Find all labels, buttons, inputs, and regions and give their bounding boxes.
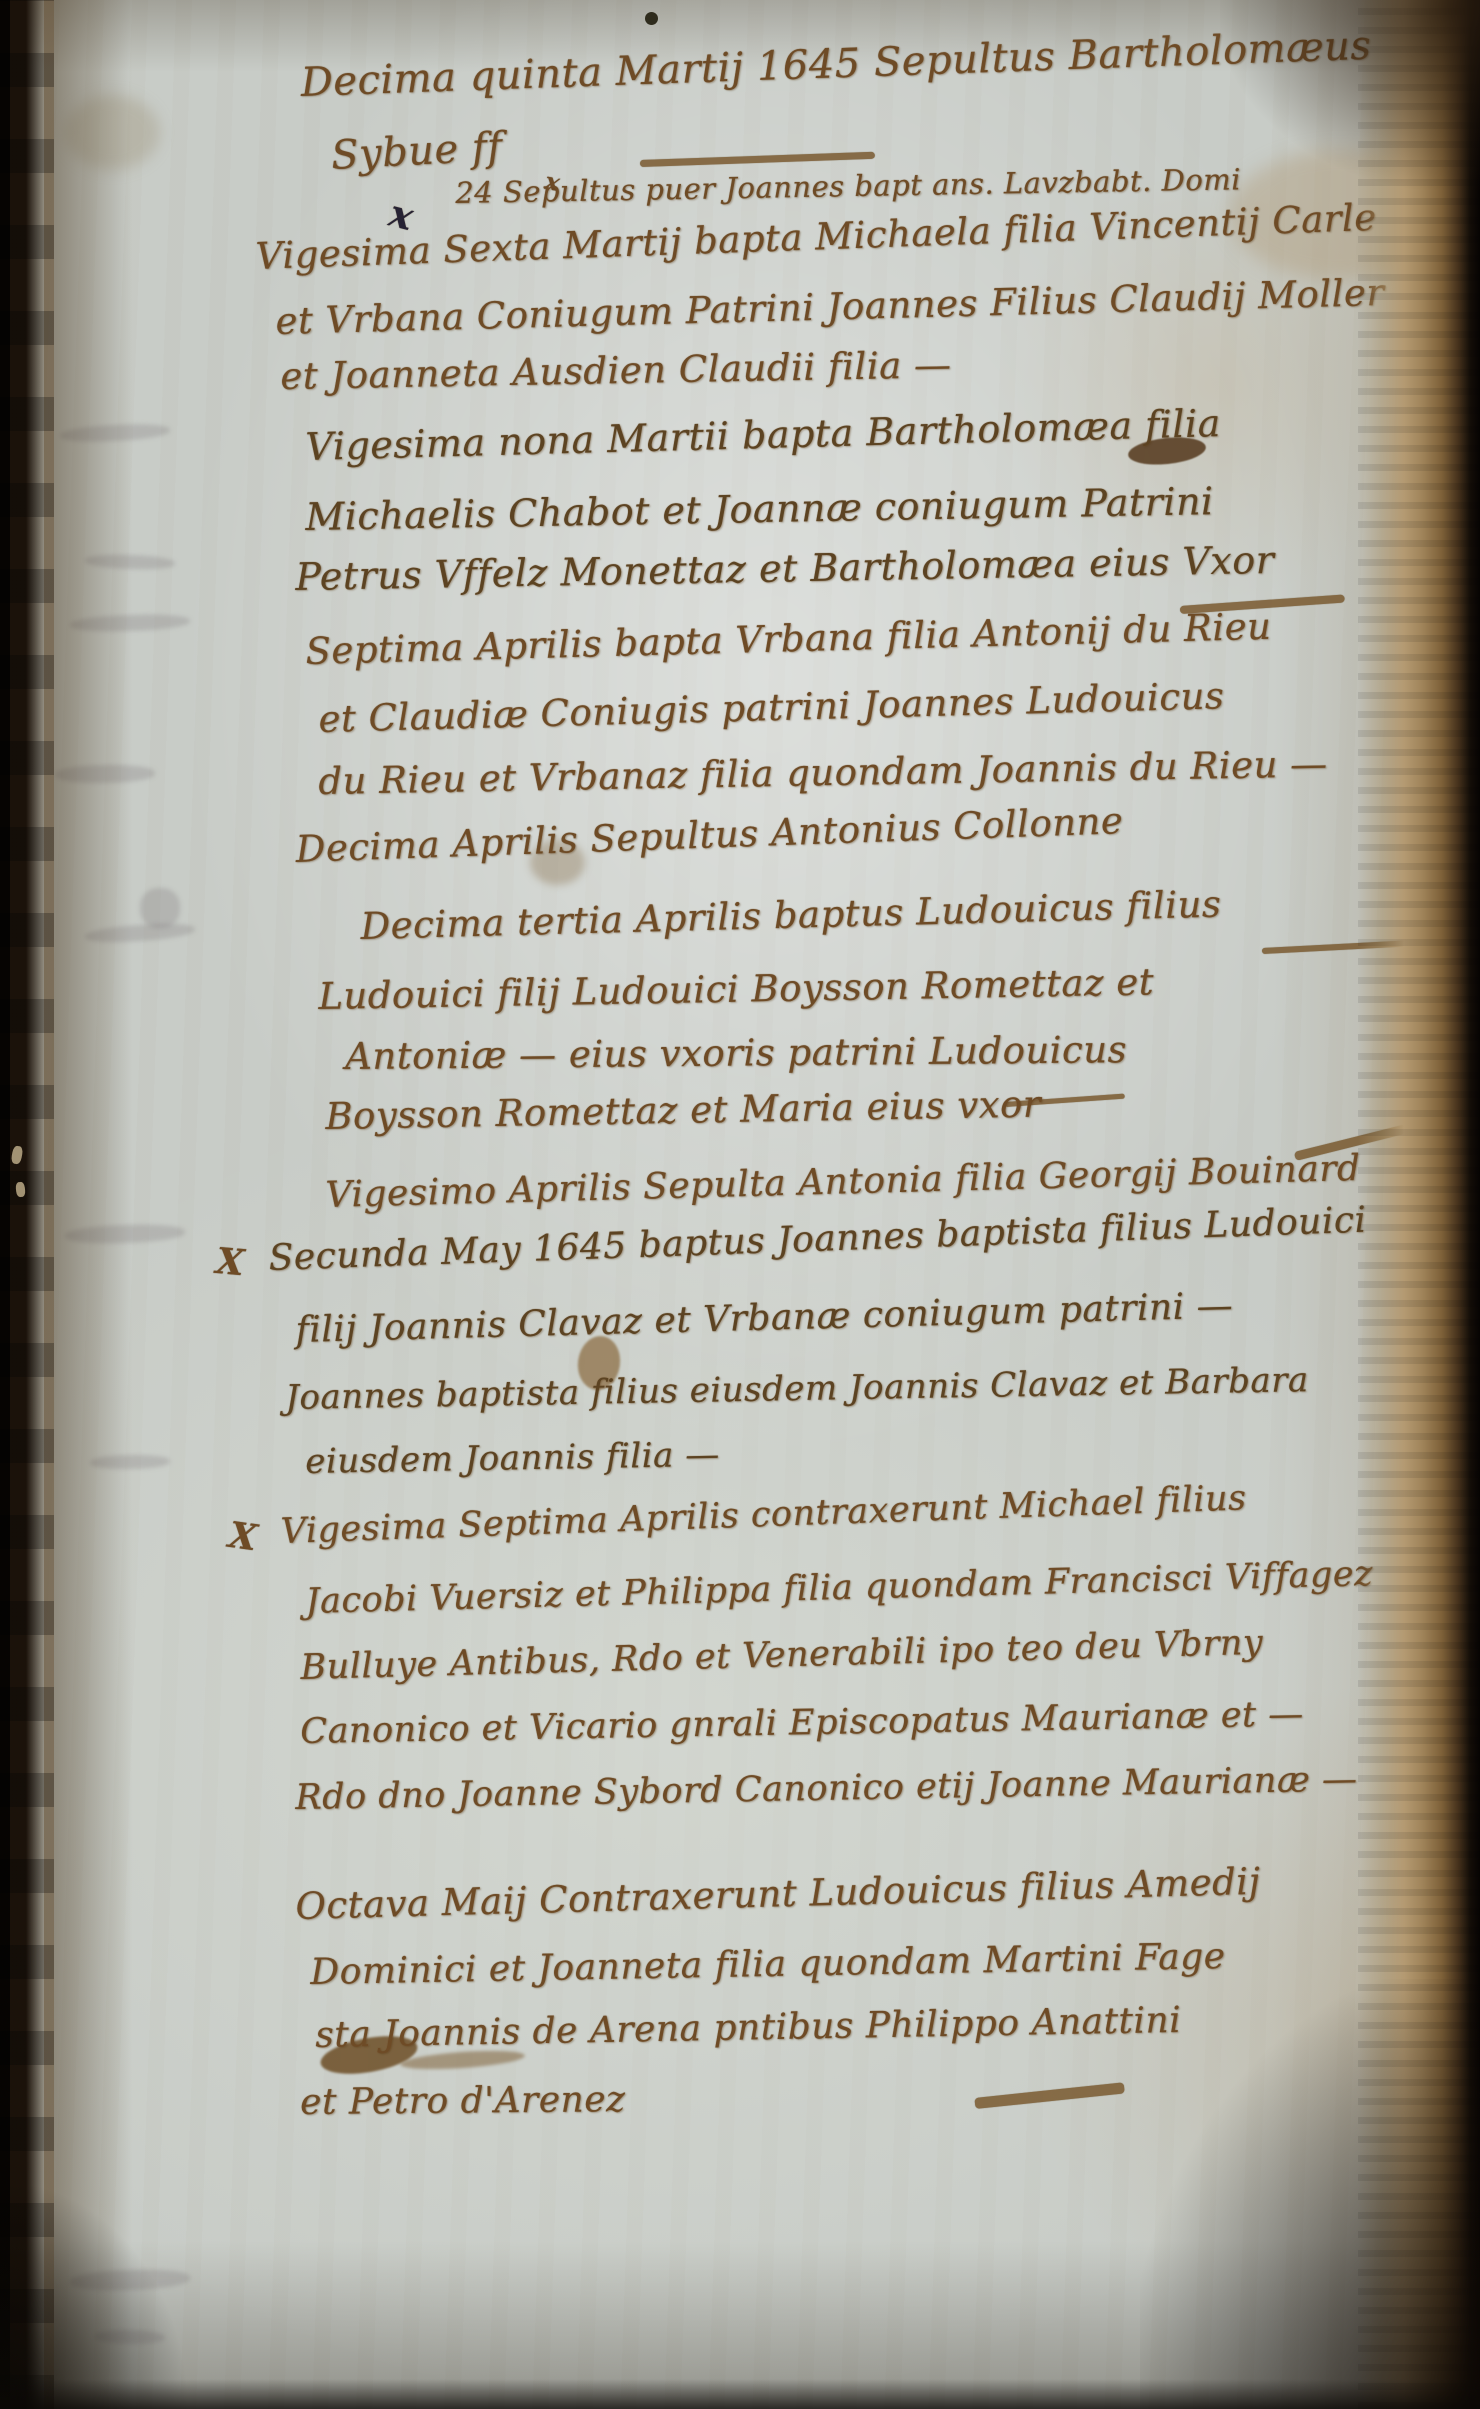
margin-x-mark: X — [226, 1514, 260, 1559]
margin-x-mark: X — [214, 1240, 245, 1284]
page-edges — [1358, 0, 1480, 2409]
gutter-shadow — [54, 0, 132, 2409]
binding-stitch — [15, 1182, 26, 1198]
manuscript-line: Antoniæ — eius vxoris patrini Ludouicus — [345, 1028, 1127, 1078]
show-through-mark — [140, 888, 180, 928]
manuscript-line: et Petro d'Arenez — [300, 2079, 626, 2123]
book-binding — [0, 0, 54, 2409]
manuscript-line: Sybue ff — [330, 124, 504, 179]
manuscript-photo: x x X X Decima quinta Martij 1645 Sepult… — [0, 0, 1480, 2409]
manuscript-line: eiusdem Joannis filia — — [305, 1435, 720, 1482]
bottom-edge-shadow — [0, 2379, 1480, 2409]
